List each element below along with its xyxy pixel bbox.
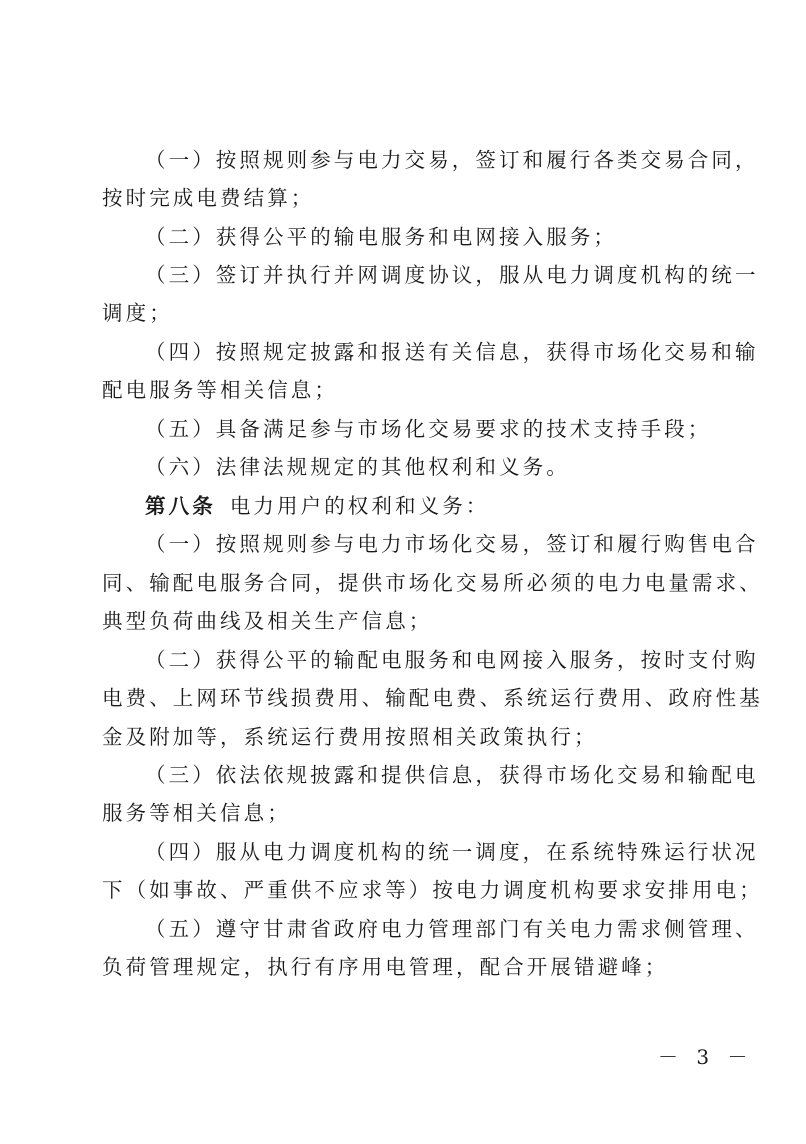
paragraph-line: 典型负荷曲线及相关生产信息；: [102, 608, 714, 634]
paragraph-line: （一）按照规则参与电力交易，签订和履行各类交易合同，: [145, 147, 715, 173]
paragraph-line: （一）按照规则参与电力市场化交易，签订和履行购售电合: [145, 531, 715, 557]
paragraph-line: 调度；: [102, 300, 714, 326]
article-heading: 第八条电力用户的权利和义务：: [145, 493, 715, 519]
paragraph-line: 下（如事故、严重供不应求等）按电力调度机构要求安排用电；: [102, 877, 714, 903]
paragraph-line: 同、输配电服务合同，提供市场化交易所必须的电力电量需求、: [102, 570, 714, 596]
article-label: 第八条: [145, 494, 216, 518]
paragraph-line: 配电服务等相关信息；: [102, 377, 714, 403]
paragraph-line: （二）获得公平的输配电服务和电网接入服务，按时支付购: [145, 647, 715, 673]
paragraph-line: 金及附加等，系统运行费用按照相关政策执行；: [102, 724, 714, 750]
paragraph-line: （五）具备满足参与市场化交易要求的技术支持手段；: [145, 416, 715, 442]
paragraph-line: （四）服从电力调度机构的统一调度，在系统特殊运行状况: [145, 839, 715, 865]
paragraph-line: 按时完成电费结算；: [102, 185, 714, 211]
document-page: （一）按照规则参与电力交易，签订和履行各类交易合同， 按时完成电费结算； （二）…: [0, 0, 806, 1144]
paragraph-line: （六）法律法规规定的其他权利和义务。: [145, 454, 715, 480]
paragraph-line: 电费、上网环节线损费用、输配电费、系统运行费用、政府性基: [102, 685, 714, 711]
paragraph-line: 负荷管理规定，执行有序用电管理，配合开展错避峰；: [102, 954, 714, 980]
paragraph-line: 服务等相关信息；: [102, 800, 714, 826]
article-title: 电力用户的权利和义务：: [230, 494, 490, 518]
page-number: － 3 －: [658, 1041, 753, 1070]
paragraph-line: （三）签订并执行并网调度协议，服从电力调度机构的统一: [145, 262, 715, 288]
paragraph-line: （五）遵守甘肃省政府电力管理部门有关电力需求侧管理、: [145, 916, 715, 942]
paragraph-line: （二）获得公平的输电服务和电网接入服务；: [145, 224, 715, 250]
paragraph-line: （三）依法依规披露和提供信息，获得市场化交易和输配电: [145, 762, 715, 788]
paragraph-line: （四）按照规定披露和报送有关信息，获得市场化交易和输: [145, 339, 715, 365]
